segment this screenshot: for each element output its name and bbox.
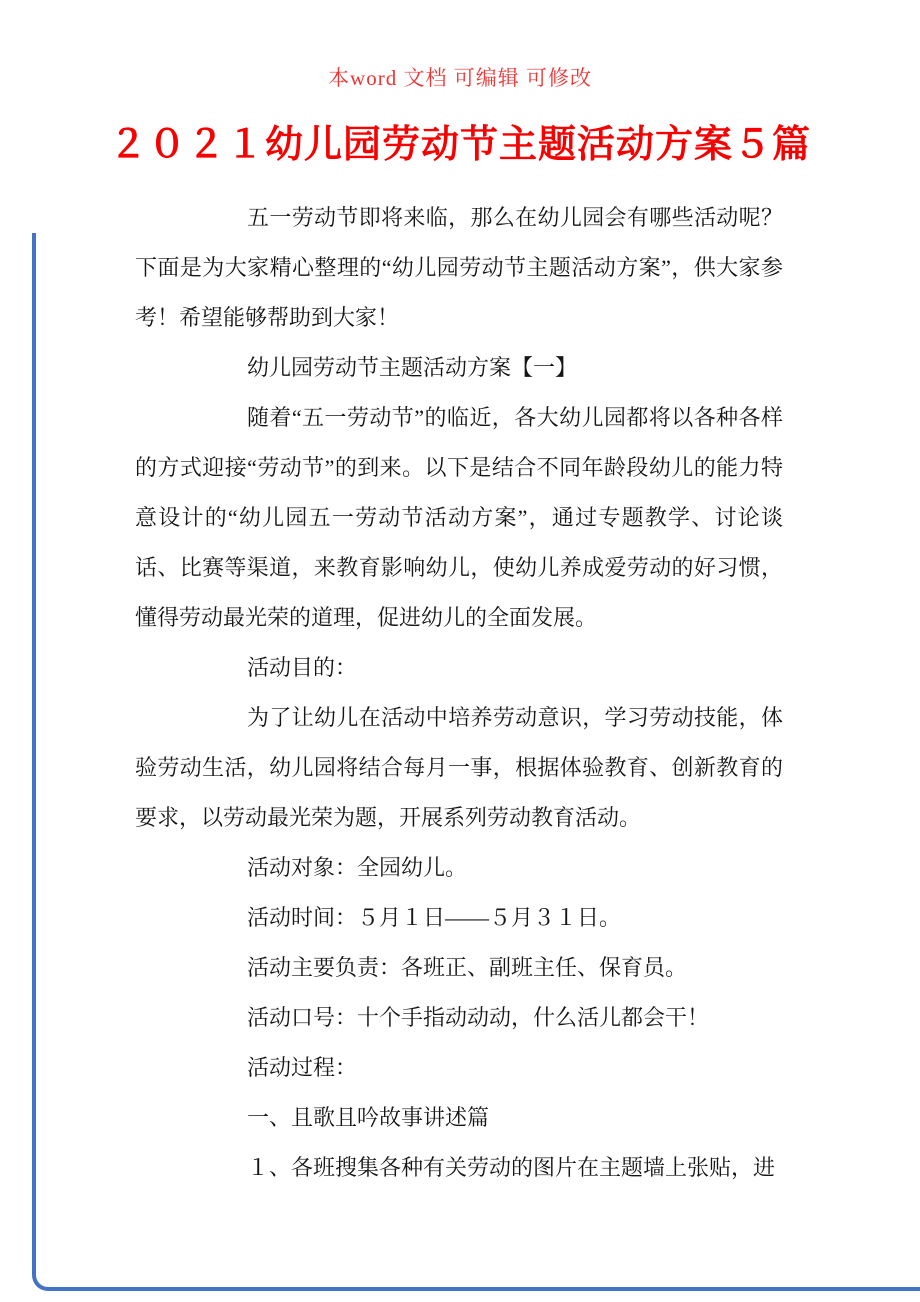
document-body: 五一劳动节即将来临，那么在幼儿园会有哪些活动呢？下面是为大家精心整理的“幼儿园劳… <box>135 193 783 1193</box>
paragraph: 为了让幼儿在活动中培养劳动意识，学习劳动技能，体验劳动生活，幼儿园将结合每月一事… <box>135 693 783 843</box>
paragraph: 活动对象：全园幼儿。 <box>135 843 783 893</box>
paragraph: 幼儿园劳动节主题活动方案【一】 <box>135 343 783 393</box>
paragraph: 活动目的： <box>135 643 783 693</box>
paragraph: 五一劳动节即将来临，那么在幼儿园会有哪些活动呢？下面是为大家精心整理的“幼儿园劳… <box>135 193 783 343</box>
paragraph: 活动口号：十个手指动动动，什么活儿都会干！ <box>135 993 783 1043</box>
paragraph: 活动主要负责：各班正、副班主任、保育员。 <box>135 943 783 993</box>
editable-doc-notice: 本word 文档 可编辑 可修改 <box>0 62 920 92</box>
paragraph: 活动时间：５月１日——５月３１日。 <box>135 893 783 943</box>
paragraph: １、各班搜集各种有关劳动的图片在主题墙上张贴，进 <box>135 1143 783 1193</box>
page-title: ２０２１幼儿园劳动节主题活动方案５篇 <box>0 122 920 168</box>
paragraph: 随着“五一劳动节”的临近，各大幼儿园都将以各种各样的方式迎接“劳动节”的到来。以… <box>135 393 783 643</box>
paragraph: 活动过程： <box>135 1043 783 1093</box>
document-page: { "page": { "width": 920, "height": 1302… <box>0 0 920 1302</box>
paragraph: 一、且歌且吟故事讲述篇 <box>135 1093 783 1143</box>
